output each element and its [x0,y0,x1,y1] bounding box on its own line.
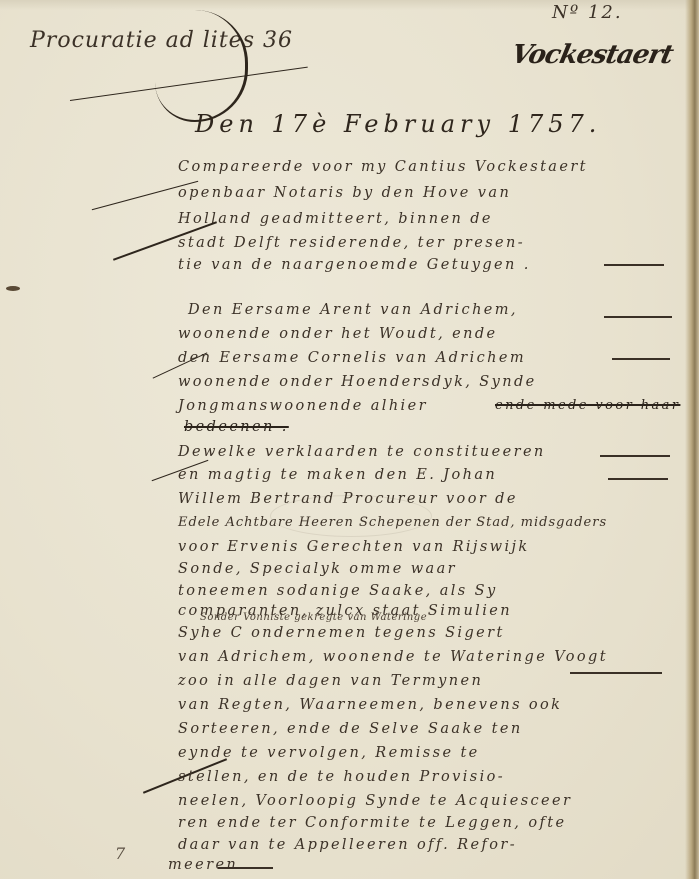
text-line: zoo in alle dagen van Termynen [178,674,483,689]
text-line: van Adrichem, woonende te Wateringe Voog… [178,650,608,665]
text-line: voor Ervenis Gerechten van Rijswijk [178,540,530,555]
line-filler-rule [570,672,662,674]
interlinear-note: Sonder Vonniste gekregte van Wateringe [200,612,427,623]
line-filler-rule [612,358,670,360]
text-line: woonende onder Hoendersdyk, Synde [178,375,537,390]
text-line: Edele Achtbare Heeren Schepenen der Stad… [178,516,607,529]
text-line: toneemen sodanige Saake, als Sy [178,584,498,599]
text-line: Den Eersame Arent van Adrichem, [188,303,518,318]
text-line: daar van te Appelleeren off. Refor- [178,838,517,853]
text-line: stadt Delft residerende, ter presen- [178,236,525,251]
text-line: stellen, en de te houden Provisio- [178,770,505,785]
line-filler-rule [604,264,664,266]
text-line: Jongmanswoonende alhier [178,399,428,414]
margin-mark: 7 [115,844,127,863]
text-line: eynde te vervolgen, Remisse te [178,746,480,761]
ink-blot [6,286,20,291]
text-line: Sonde, Specialyk omme waar [178,562,457,577]
text-line: meeren . [168,858,252,873]
text-line: den Eersame Cornelis van Adrichem [178,351,526,366]
text-line: woonende onder het Woudt, ende [178,327,498,342]
text-line: openbaar Notaris by den Hove van [178,186,511,201]
date-line: Den 17è February 1757. [195,110,601,138]
text-line: Willem Bertrand Procureur voor de [178,492,518,507]
text-line: Sorteeren, ende de Selve Saake ten [178,722,523,737]
text-line: ren ende ter Conformite te Leggen, ofte [178,816,566,831]
text-line: Holland geadmitteert, binnen de [178,212,493,227]
text-line: Compareerde voor my Cantius Vockestaert [178,160,588,175]
notary-signature: Vockestaert [509,40,676,70]
binding-edge [685,0,699,879]
text-line: neelen, Voorloopig Synde te Acquiesceer [178,794,572,809]
text-line: Dewelke verklaarden te constitueeren [178,445,546,460]
text-line: tie van de naargenoemde Getuygen . [178,258,531,273]
line-filler-rule [218,867,273,869]
text-line: van Regten, Waarneemen, benevens ook [178,698,562,713]
initial-d-flourish [155,10,248,122]
text-line: en magtig te maken den E. Johan [178,468,497,483]
text-line: Syhe C ondernemen tegens Sigert [178,626,505,641]
manuscript-page: Procuratie ad lites 36 Nº 12. Vockestaer… [0,0,699,879]
document-number: Nº 12. [552,2,623,23]
struck-text: ende mede voor haar [495,399,680,412]
line-filler-rule [608,478,668,480]
line-filler-rule [600,455,670,457]
struck-text: bedeenen . [184,420,289,435]
line-filler-rule [604,316,672,318]
